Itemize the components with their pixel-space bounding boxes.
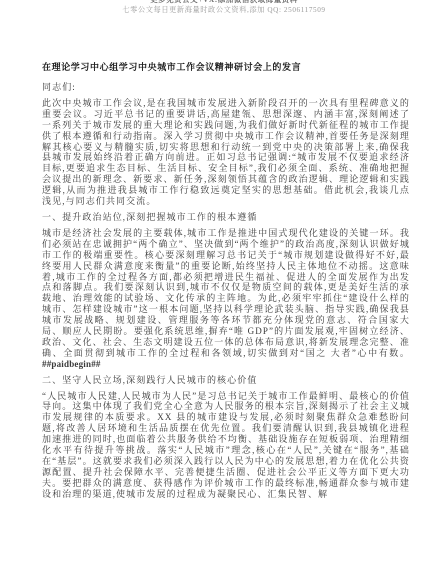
document-page: 更多免费公文+VX:添加微信获取海量资料 七零公文每日更新海量时政公文资料,添加…: [0, 0, 448, 580]
page-header: 更多免费公文+VX:添加微信获取海量资料 七零公文每日更新海量时政公文资料,添加…: [0, 0, 448, 15]
paragraph-2: 城市是经济社会发展的主要载体,城市工作是推进中国式现代化建设的关键一环。我们必须…: [42, 228, 410, 370]
paragraph-3: “人民城市人民建,人民城市为人民”是习总书记关于城市工作最鲜明、最核心的价值导向…: [42, 391, 410, 500]
paragraph-2-text: 城市是经济社会发展的主要载体,城市工作是推进中国式现代化建设的关键一环。我们必须…: [42, 228, 410, 358]
paidbegin-marker: ##paidbegin##: [42, 359, 101, 369]
document-body: 在理论学习中心组学习中央城市工作会议精神研讨会上的发言 同志们: 此次中央城市工…: [42, 62, 410, 500]
section-heading-1: 一、提升政治站位,深刻把握城市工作的根本遵循: [42, 212, 410, 223]
header-promo-line: 更多免费公文+VX:添加微信获取海量资料: [0, 0, 448, 4]
paragraph-1: 此次中央城市工作会议,是在我国城市发展进入新阶段召开的一次具有里程碑意义的重要会…: [42, 98, 410, 207]
salutation: 同志们:: [42, 82, 410, 93]
document-title: 在理论学习中心组学习中央城市工作会议精神研讨会上的发言: [42, 62, 410, 73]
header-contact-line: 七零公文每日更新海量时政公文资料,添加 QQ: 2506117509: [0, 5, 448, 15]
section-heading-2: 二、坚守人民立场,深刻践行人民城市的核心价值: [42, 375, 410, 386]
